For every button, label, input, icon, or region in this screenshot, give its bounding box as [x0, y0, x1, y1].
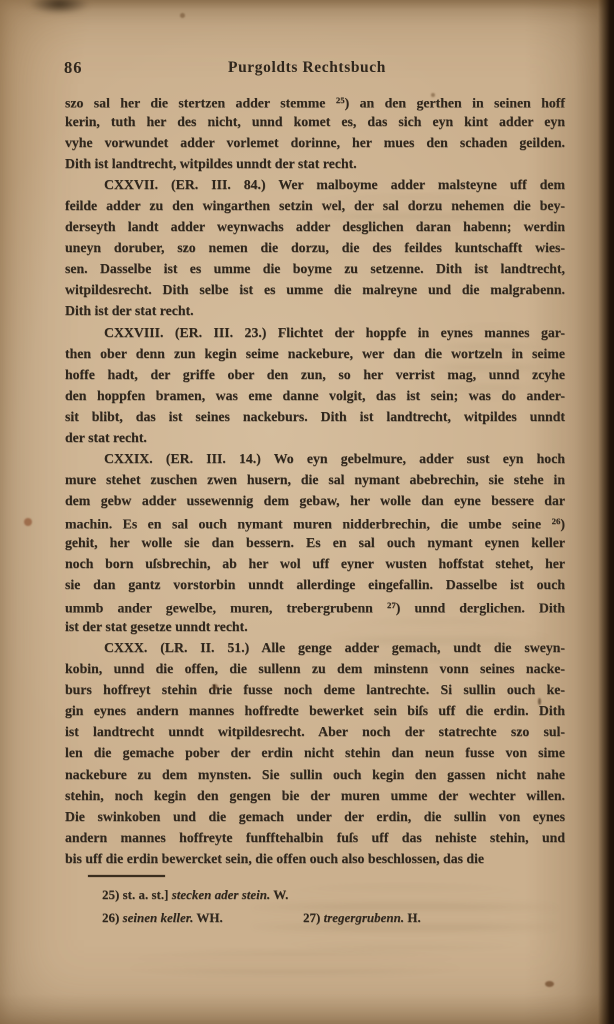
footnote-marker: 26 — [552, 516, 561, 526]
paper-stain — [212, 684, 218, 690]
bleed-through-artifact — [130, 948, 460, 980]
scanned-book-page: 86 Purgoldts Rechtsbuch szo sal her die … — [0, 0, 614, 1024]
footnote-text: 26) — [102, 910, 123, 925]
bleed-through-artifact — [250, 882, 560, 954]
body-line: dem gebw adder ussewennig dem gebaw, her… — [65, 490, 565, 511]
body-line: sen. Dasselbe ist es umme die boyme zu s… — [65, 258, 565, 279]
bleed-through-artifact — [300, 192, 540, 236]
body-line: andern mannes hoffreyte funfftehalbin fu… — [65, 827, 565, 848]
body-line: vyhe vorwundet adder vorlemet dorinne, h… — [65, 132, 565, 153]
body-line: Die swinkoben und die gemach under der e… — [65, 806, 565, 827]
running-header: Purgoldts Rechtsbuch — [0, 59, 614, 77]
body-paragraph: CXXIX. (ER. III. 14.) Wo eyn gebelmure, … — [65, 448, 565, 637]
body-line: szo sal her die stertzen adder stemme 25… — [65, 90, 565, 111]
body-line: stehin, noch kegin den gengen bie der mu… — [65, 785, 565, 806]
body-line: bis uff die erdin bewercket sein, die of… — [65, 848, 565, 869]
body-line: CXXIX. (ER. III. 14.) Wo eyn gebelmure, … — [65, 448, 565, 469]
body-line: gin eynes andern mannes hoffredte bewerk… — [65, 700, 565, 721]
footnote-marker: 25 — [336, 95, 345, 105]
body-line: nackebure zu dem mynsten. Sie sullin ouc… — [65, 764, 565, 785]
paper-stain — [545, 981, 554, 987]
body-paragraph: szo sal her die stertzen adder stemme 25… — [65, 90, 565, 174]
paper-stain — [538, 698, 541, 705]
paper-stain — [180, 13, 185, 18]
body-line: der stat recht. — [65, 427, 565, 448]
body-line: ummb ander gewelbe, muren, trebergrubenn… — [65, 595, 565, 616]
body-line: mure stehet zuschen zwen husern, die sal… — [65, 469, 565, 490]
body-line: len die gemache pober der erdin nicht st… — [65, 742, 565, 763]
body-line: machin. Es en sal ouch nymant muren nidd… — [65, 511, 565, 532]
body-line: sit blibt, das ist seines nackeburs. Dit… — [65, 406, 565, 427]
binding-edge — [598, 0, 614, 1024]
footnote-marker: 27 — [387, 600, 396, 610]
body-line: Dith ist der stat recht. — [65, 300, 565, 321]
body-line: burs hoffreyt stehin drie fusse noch dem… — [65, 679, 565, 700]
body-line: uneyn doruber, szo nemen die dorzu, die … — [65, 237, 565, 258]
paper-stain — [24, 518, 32, 526]
body-line: witpildesrecht. Dith selbe ist es umme d… — [65, 279, 565, 300]
body-line: gehit, her wolle sie dan bessern. Es en … — [65, 532, 565, 553]
footnote-variant-reading: seinen keller. — [123, 910, 194, 925]
bleed-through-artifact — [430, 322, 550, 406]
footnote-divider — [88, 875, 165, 877]
body-line: ist landtrecht unndt witpildesrecht. Abe… — [65, 721, 565, 742]
body-line: sie dan gantz vorstorbin unndt allerding… — [65, 574, 565, 595]
paper-stain — [431, 93, 435, 97]
body-paragraph: CXXX. (LR. II. 51.) Alle genge adder gem… — [65, 637, 565, 869]
footnote-text: 25) st. a. st.] — [102, 887, 172, 902]
body-line: Dith ist landtrecht, witpildes unndt der… — [65, 153, 565, 174]
page-edge-smudge — [28, 0, 90, 14]
footnote-text: WH. — [193, 910, 222, 925]
bleed-through-artifact — [330, 616, 550, 664]
body-line: noch born uſsbrechin, ab her wol uff eyn… — [65, 553, 565, 574]
body-line: kerin, tuth her des nicht, unnd komet es… — [65, 111, 565, 132]
